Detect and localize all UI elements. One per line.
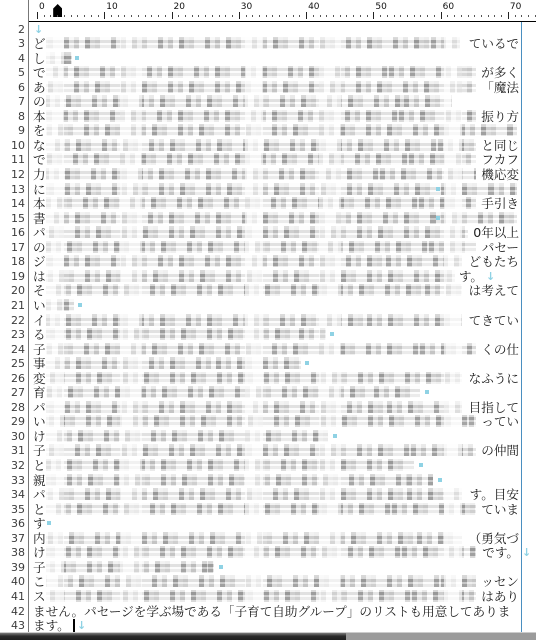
line-text: ス xyxy=(33,589,46,604)
line-number: 38 xyxy=(0,546,25,559)
line-number: 24 xyxy=(0,343,25,356)
line-text-tail: す。 xyxy=(459,269,483,284)
space-mark-icon xyxy=(419,463,423,467)
ruler: 010203040506070 xyxy=(29,0,536,22)
ruler-tick-minor xyxy=(111,15,112,17)
line-text: 変 xyxy=(33,371,46,386)
ruler-tick-minor xyxy=(447,15,448,17)
line-text: な xyxy=(33,138,46,153)
line-text: パ xyxy=(33,487,46,502)
line-text-tail: す。目安 xyxy=(470,487,519,502)
ruler-tick-minor xyxy=(414,15,415,17)
text-line[interactable]: 42ません。パセージを学ぶ場である「子育て自助グループ」のリストも用意してありま xyxy=(0,604,536,619)
ruler-label: 40 xyxy=(308,2,319,12)
ruler-tick-minor xyxy=(246,15,247,17)
text-line[interactable]: 19はす。↓ xyxy=(0,269,536,284)
ruler-tick-major xyxy=(104,12,105,19)
ruler-label: 70 xyxy=(510,2,521,12)
line-text: で xyxy=(33,65,46,80)
line-text-tail: 0年以上 xyxy=(473,225,519,240)
text-line[interactable]: 21い xyxy=(0,298,536,313)
text-line[interactable]: 15書 xyxy=(0,211,536,226)
redacted-text-block xyxy=(46,343,476,355)
space-mark-icon xyxy=(305,361,309,365)
ruler-tick-minor xyxy=(468,15,469,17)
redacted-text-block xyxy=(46,168,476,180)
line-text: 子 xyxy=(33,560,46,575)
line-number: 5 xyxy=(0,66,25,79)
line-number: 15 xyxy=(0,212,25,225)
redacted-text-block xyxy=(46,459,414,471)
ruler-tick-minor xyxy=(225,15,226,17)
text-line[interactable]: 8本振り方 xyxy=(0,109,536,124)
ruler-tick-minor xyxy=(57,15,58,17)
ruler-tick-minor xyxy=(353,15,354,17)
redacted-text-block xyxy=(46,372,462,384)
ruler-tick-minor xyxy=(400,15,401,17)
line-text: 事 xyxy=(33,356,46,371)
ruler-tick-major xyxy=(172,12,173,19)
ruler-tick-minor xyxy=(387,15,388,17)
line-number: 37 xyxy=(0,532,25,545)
redacted-text-block xyxy=(46,546,476,558)
line-number: 3 xyxy=(0,37,25,50)
ruler-tick-minor xyxy=(44,15,45,17)
text-line[interactable]: 38けです。↓ xyxy=(0,545,536,560)
ruler-tick-minor xyxy=(98,15,99,17)
text-line[interactable]: 29いってい xyxy=(0,414,536,429)
line-text: と xyxy=(33,502,46,517)
ruler-tick-minor xyxy=(91,15,92,17)
ruler-tick-minor xyxy=(501,15,502,17)
ruler-tick-minor xyxy=(178,15,179,17)
line-text: そ xyxy=(33,283,46,298)
ruler-tick-minor xyxy=(266,15,267,17)
line-text: ど xyxy=(33,36,46,51)
redacted-text-block xyxy=(46,299,74,311)
line-text-tail: 機応変 xyxy=(481,167,519,182)
ruler-tick-minor xyxy=(212,15,213,17)
text-line[interactable]: 37内（勇気づ xyxy=(0,531,536,546)
line-text: パ xyxy=(33,400,46,415)
text-line[interactable]: 25事 xyxy=(0,356,536,371)
line-text-tail: 手引き xyxy=(481,196,519,211)
line-text: ジ xyxy=(33,254,46,269)
ruler-tick-minor xyxy=(71,15,72,17)
redacted-text-block xyxy=(46,255,462,267)
line-number: 17 xyxy=(0,241,25,254)
ruler-tick-minor xyxy=(151,15,152,17)
ruler-tick-minor xyxy=(474,15,475,17)
ruler-tick-minor xyxy=(521,15,522,17)
line-number: 22 xyxy=(0,314,25,327)
text-line[interactable]: 22イてきてい xyxy=(0,313,536,328)
text-cursor xyxy=(73,619,75,632)
line-text: の xyxy=(33,94,46,109)
space-mark-icon xyxy=(333,434,337,438)
redacted-text-block xyxy=(46,270,455,282)
line-number: 39 xyxy=(0,561,25,574)
ruler-tick-minor xyxy=(299,15,300,17)
text-line[interactable]: 17のパセー xyxy=(0,240,536,255)
ruler-tick-minor xyxy=(407,15,408,17)
ruler-tick-minor xyxy=(77,15,78,17)
window-bottom-bar-light xyxy=(346,633,536,640)
space-mark-icon xyxy=(425,390,429,394)
ruler-tick-minor xyxy=(293,15,294,17)
ruler-tick-minor xyxy=(50,15,51,17)
ruler-tick-minor xyxy=(346,15,347,17)
redacted-text-block xyxy=(46,474,433,486)
line-number: 25 xyxy=(0,357,25,370)
ruler-tick-minor xyxy=(158,15,159,17)
ruler-tick-minor xyxy=(420,15,421,17)
text-line[interactable]: 23る xyxy=(0,327,536,342)
ruler-tick-minor xyxy=(145,15,146,17)
line-text: ます。 xyxy=(33,618,70,633)
ruler-tick-minor xyxy=(326,15,327,17)
text-line[interactable]: 43ます。↓ xyxy=(0,618,536,633)
word-processor-document-view: 010203040506070 2↓3どているで4し5でが多く6あ「魔法7の8本… xyxy=(0,0,536,640)
ruler-tick-major xyxy=(306,12,307,19)
line-text: 子 xyxy=(33,443,46,458)
line-text-tail: どもたち xyxy=(469,254,519,269)
line-number: 13 xyxy=(0,183,25,196)
ruler-tick-minor xyxy=(461,15,462,17)
line-text: 本 xyxy=(33,109,46,124)
redacted-text-block xyxy=(46,488,462,500)
text-line[interactable]: 41スはあり xyxy=(0,589,536,604)
line-text-tail: パセー xyxy=(482,240,519,255)
text-line[interactable]: 11でフカフ xyxy=(0,152,536,167)
ruler-tick-minor xyxy=(367,15,368,17)
ruler-tick-minor xyxy=(124,15,125,17)
line-text-tail: 目指して xyxy=(469,400,519,415)
ruler-tick-minor xyxy=(360,15,361,17)
line-text-tail: が多く xyxy=(481,65,519,80)
ruler-tick-minor xyxy=(528,15,529,17)
line-number: 2 xyxy=(0,23,25,36)
ruler-tick-minor xyxy=(320,15,321,17)
redacted-text-block xyxy=(46,183,517,195)
line-number: 32 xyxy=(0,459,25,472)
line-number: 29 xyxy=(0,415,25,428)
redacted-text-block xyxy=(46,110,476,122)
redacted-text-block xyxy=(46,415,476,427)
line-text: イ xyxy=(33,313,46,328)
line-number: 20 xyxy=(0,284,25,297)
line-number: 35 xyxy=(0,503,25,516)
line-number: 33 xyxy=(0,474,25,487)
line-number: 31 xyxy=(0,444,25,457)
line-text: 育 xyxy=(33,385,46,400)
text-line[interactable]: 26変なふうに xyxy=(0,371,536,386)
return-mark-icon: ↓ xyxy=(522,545,531,560)
redacted-text-block xyxy=(46,444,476,456)
ruler-tick-minor xyxy=(205,15,206,17)
line-number: 7 xyxy=(0,95,25,108)
redacted-text-block xyxy=(46,561,214,573)
ruler-tick-minor xyxy=(64,15,65,17)
line-text: に xyxy=(33,182,46,197)
line-number: 21 xyxy=(0,299,25,312)
space-mark-icon xyxy=(438,478,442,482)
line-text: け xyxy=(33,429,46,444)
text-line[interactable]: 39子 xyxy=(0,560,536,575)
redacted-text-block xyxy=(46,401,462,413)
text-line[interactable]: 20そは考えて xyxy=(0,283,536,298)
text-line[interactable]: 5でが多く xyxy=(0,65,536,80)
line-number: 19 xyxy=(0,270,25,283)
ruler-tick-minor xyxy=(454,15,455,17)
line-text: こ xyxy=(33,574,46,589)
line-text: と xyxy=(33,458,46,473)
line-text: 子 xyxy=(33,342,46,357)
line-text-tail: ってい xyxy=(481,414,519,429)
line-number: 6 xyxy=(0,81,25,94)
line-number: 12 xyxy=(0,168,25,181)
ruler-tick-minor xyxy=(84,15,85,17)
ruler-label: 0 xyxy=(39,2,45,12)
line-text-tail: 振り方 xyxy=(481,109,519,124)
ruler-label: 60 xyxy=(443,2,454,12)
line-text: は xyxy=(33,269,46,284)
text-line[interactable]: 2↓ xyxy=(0,22,536,37)
redacted-text-block xyxy=(46,314,462,326)
ruler-tick-major xyxy=(37,12,38,19)
text-line[interactable]: 30け xyxy=(0,429,536,444)
text-line[interactable]: 33親 xyxy=(0,473,536,488)
redacted-text-block xyxy=(46,37,460,49)
ruler-tick-minor xyxy=(252,15,253,17)
line-number: 8 xyxy=(0,110,25,123)
ruler-tick-minor xyxy=(313,15,314,17)
line-text: 書 xyxy=(33,211,46,226)
line-text: の xyxy=(33,240,46,255)
redacted-text-block xyxy=(46,153,476,165)
line-text-tail: （勇気づ xyxy=(469,531,519,546)
text-line[interactable]: 27育 xyxy=(0,385,536,400)
ruler-tick-minor xyxy=(394,15,395,17)
ruler-tick-minor xyxy=(494,15,495,17)
redacted-text-block xyxy=(46,575,476,587)
text-line[interactable]: 16パ0年以上 xyxy=(0,225,536,240)
redacted-text-block xyxy=(46,386,420,398)
text-line[interactable]: 28パ目指して xyxy=(0,400,536,415)
ruler-tick-minor xyxy=(118,15,119,17)
ruler-tick-major xyxy=(373,12,374,19)
space-mark-icon xyxy=(436,216,440,220)
space-mark-icon xyxy=(219,565,223,569)
redacted-text-block xyxy=(46,52,72,64)
ruler-tick-minor xyxy=(185,15,186,17)
line-number: 11 xyxy=(0,153,25,166)
text-line[interactable]: 6あ「魔法 xyxy=(0,80,536,95)
line-number: 4 xyxy=(0,52,25,65)
ruler-tick-minor xyxy=(272,15,273,17)
line-text-tail: フカフ xyxy=(481,152,519,167)
line-text: し xyxy=(33,51,46,66)
text-line[interactable]: 7の xyxy=(0,94,536,109)
text-line[interactable]: 10なと同じ xyxy=(0,138,536,153)
text-line[interactable]: 36す xyxy=(0,516,536,531)
line-text: け xyxy=(33,545,46,560)
line-text-tail: なふうに xyxy=(469,371,519,386)
space-mark-icon xyxy=(47,521,51,525)
redacted-text-block xyxy=(46,81,476,93)
line-number: 28 xyxy=(0,401,25,414)
space-mark-icon xyxy=(436,187,440,191)
text-line[interactable]: 32と xyxy=(0,458,536,473)
line-text-tail: です。 xyxy=(482,545,519,560)
ruler-tick-minor xyxy=(340,15,341,17)
ruler-tick-minor xyxy=(515,15,516,17)
text-line[interactable]: 18ジどもたち xyxy=(0,254,536,269)
return-mark-icon: ↓ xyxy=(486,269,495,284)
line-text: い xyxy=(33,414,46,429)
line-text: 親 xyxy=(33,473,46,488)
line-text: で xyxy=(33,152,46,167)
redacted-text-block xyxy=(46,430,328,442)
ruler-tick-minor xyxy=(333,15,334,17)
ruler-tick-minor xyxy=(165,15,166,17)
line-text: ません。パセージを学ぶ場である「子育て自助グループ」のリストも用意してありま xyxy=(33,604,510,619)
ruler-tick-major xyxy=(508,12,509,19)
redacted-text-block xyxy=(46,66,476,78)
ruler-label: 10 xyxy=(106,2,117,12)
ruler-tick-minor xyxy=(434,15,435,17)
ruler-tick-minor xyxy=(481,15,482,17)
text-line[interactable]: 3どているで xyxy=(0,36,536,51)
ruler-label: 30 xyxy=(241,2,252,12)
line-number: 27 xyxy=(0,386,25,399)
line-text: 力 xyxy=(33,167,46,182)
redacted-text-block xyxy=(46,590,476,602)
ruler-tick-minor xyxy=(488,15,489,17)
redacted-text-block xyxy=(46,328,326,340)
line-text-tail: は考えて xyxy=(469,283,519,298)
text-line[interactable]: 12力機応変 xyxy=(0,167,536,182)
text-line[interactable]: 4し xyxy=(0,51,536,66)
line-text: あ xyxy=(33,80,46,95)
ruler-tick-major xyxy=(441,12,442,19)
return-mark-icon: ↓ xyxy=(77,618,86,633)
line-text: 本 xyxy=(33,196,46,211)
ruler-tick-minor xyxy=(286,15,287,17)
ruler-tick-major xyxy=(239,12,240,19)
line-number: 26 xyxy=(0,372,25,385)
ruler-tick-minor xyxy=(259,15,260,17)
text-line[interactable]: 35とていま xyxy=(0,502,536,517)
line-number: 40 xyxy=(0,575,25,588)
ruler-tick-minor xyxy=(138,15,139,17)
line-number: 30 xyxy=(0,430,25,443)
ruler-tick-minor xyxy=(192,15,193,17)
redacted-text-block xyxy=(46,226,468,238)
line-number: 42 xyxy=(0,605,25,618)
ruler-tick-minor xyxy=(131,15,132,17)
line-number: 34 xyxy=(0,488,25,501)
ruler-tick-minor xyxy=(198,15,199,17)
line-text-tail: の仲間 xyxy=(481,443,519,458)
line-text-tail: と同じ xyxy=(481,138,519,153)
text-line[interactable]: 13に xyxy=(0,182,536,197)
redacted-text-block xyxy=(46,241,476,253)
line-text-tail: てきてい xyxy=(469,313,519,328)
line-text-tail: 「魔法 xyxy=(481,80,519,95)
text-line[interactable]: 34パす。目安 xyxy=(0,487,536,502)
line-text: す xyxy=(33,516,46,531)
redacted-text-block xyxy=(46,284,462,296)
text-line[interactable]: 9を xyxy=(0,123,536,138)
text-line[interactable]: 31子の仲間 xyxy=(0,443,536,458)
line-text: パ xyxy=(33,225,46,240)
ruler-tick-minor xyxy=(232,15,233,17)
line-number: 10 xyxy=(0,139,25,152)
ruler-tick-minor xyxy=(279,15,280,17)
line-number: 23 xyxy=(0,328,25,341)
redacted-text-block xyxy=(46,503,476,515)
line-text-tail: ッセン xyxy=(481,574,519,589)
line-number: 43 xyxy=(0,619,25,632)
line-text: を xyxy=(33,123,46,138)
redacted-text-block xyxy=(46,124,517,136)
redacted-text-block xyxy=(46,95,452,107)
redacted-text-block xyxy=(46,357,301,369)
line-number: 16 xyxy=(0,226,25,239)
window-bottom-bar-dark xyxy=(0,633,346,640)
text-line[interactable]: 14本手引き xyxy=(0,196,536,211)
redacted-text-block xyxy=(46,197,476,209)
redacted-text-block xyxy=(46,139,476,151)
space-mark-icon xyxy=(78,303,82,307)
line-number: 14 xyxy=(0,197,25,210)
line-number: 9 xyxy=(0,124,25,137)
line-number: 41 xyxy=(0,590,25,603)
line-text: い xyxy=(33,298,46,313)
line-text: る xyxy=(33,327,46,342)
ruler-tick-minor xyxy=(380,15,381,17)
ruler-tick-minor xyxy=(219,15,220,17)
ruler-tick-minor xyxy=(427,15,428,17)
ruler-label: 20 xyxy=(174,2,185,12)
line-text-tail: くの仕 xyxy=(481,342,519,357)
line-text: 内 xyxy=(33,531,46,546)
text-line[interactable]: 24子くの仕 xyxy=(0,342,536,357)
line-number: 18 xyxy=(0,255,25,268)
space-mark-icon xyxy=(330,332,334,336)
line-text-tail: ていま xyxy=(481,502,519,517)
space-mark-icon xyxy=(75,56,79,60)
redacted-text-block xyxy=(46,532,462,544)
line-text-tail: はあり xyxy=(481,589,519,604)
text-line[interactable]: 40こッセン xyxy=(0,574,536,589)
line-text-tail: ているで xyxy=(469,36,519,51)
line-number: 36 xyxy=(0,517,25,530)
return-mark-icon: ↓ xyxy=(34,22,43,37)
ruler-label: 50 xyxy=(375,2,386,12)
redacted-text-block xyxy=(46,212,517,224)
